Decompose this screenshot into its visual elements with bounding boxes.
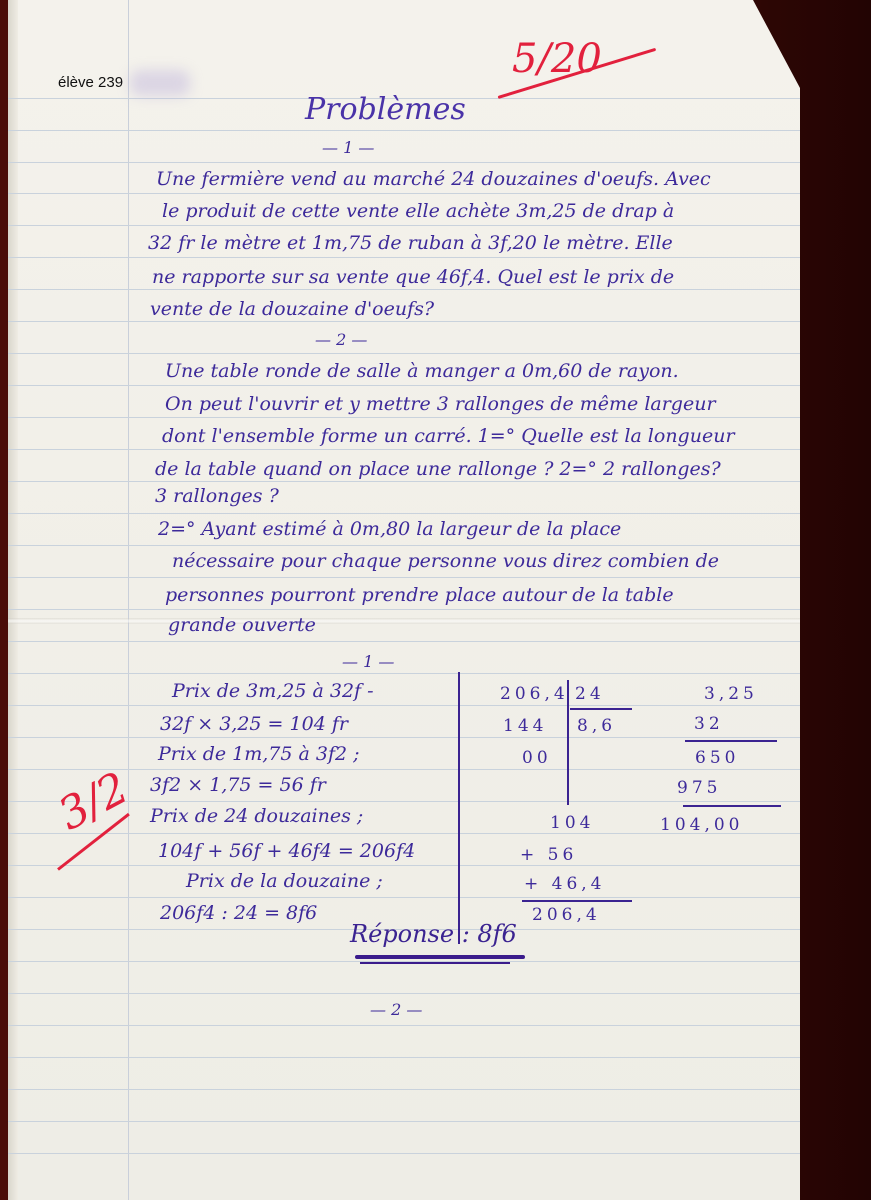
division-divisor: 24 <box>575 684 605 704</box>
problem1-line: 32 fr le mètre et 1m,75 de ruban à 3f,20… <box>148 232 673 254</box>
multiplication-b: 32 <box>694 714 724 734</box>
solution1-number: — 1 — <box>342 652 394 671</box>
addition-b: + 56 <box>520 845 577 865</box>
solution1-line: 3f2 × 1,75 = 56 fr <box>150 774 326 796</box>
problem1-number: — 1 — <box>322 138 374 157</box>
addition-line <box>522 900 632 902</box>
solution1-line: Prix de la douzaine ; <box>186 870 383 892</box>
addition-a: 104 <box>550 813 594 833</box>
division-remainder: 144 <box>503 716 547 736</box>
page-left-edge <box>8 0 18 1200</box>
solution1-line: 206f4 : 24 = 8f6 <box>160 902 317 924</box>
division-bar <box>567 680 569 805</box>
problem2-line: Une table ronde de salle à manger a 0m,6… <box>165 360 679 382</box>
addition-c: + 46,4 <box>524 874 606 894</box>
answer-text: Réponse : 8f6 <box>350 920 517 948</box>
solution2-number: — 2 — <box>370 1000 422 1019</box>
answer-underline-2 <box>360 962 510 964</box>
division-dividend: 206,4 <box>500 684 569 704</box>
problem2-number: — 2 — <box>315 330 367 349</box>
grade-top: 5/20 <box>512 36 602 82</box>
solution1-line: Prix de 3m,25 à 32f - <box>172 680 374 702</box>
problem2-line: 3 rallonges ? <box>155 485 279 507</box>
problem1-line: Une fermière vend au marché 24 douzaines… <box>156 168 711 190</box>
multiplication-line-1 <box>685 740 777 742</box>
answer-underline <box>355 955 525 959</box>
problem2-line: 2=° Ayant estimé à 0m,80 la largeur de l… <box>158 518 621 540</box>
solution1-line: 32f × 3,25 = 104 fr <box>160 713 348 735</box>
solution1-line: Prix de 1m,75 à 3f2 ; <box>158 743 360 765</box>
multiplication-result: 104,00 <box>660 815 743 835</box>
problem2-line: nécessaire pour chaque personne vous dir… <box>172 550 719 572</box>
division-quotient-line <box>570 708 632 710</box>
redacted-name <box>130 70 190 96</box>
problem1-line: vente de la douzaine d'oeufs? <box>150 298 434 320</box>
margin-line <box>128 0 129 1200</box>
multiplication-a: 3,25 <box>704 684 758 704</box>
addition-total: 206,4 <box>532 905 601 925</box>
page-fold <box>8 618 800 624</box>
problem2-line: dont l'ensemble forme un carré. 1=° Quel… <box>162 425 735 447</box>
problem1-line: ne rapporte sur sa vente que 46f,4. Quel… <box>152 266 674 288</box>
student-label: élève 239 <box>58 74 123 91</box>
page-title: Problèmes <box>305 92 466 127</box>
multiplication-partial-1: 650 <box>695 748 739 768</box>
problem2-line: de la table quand on place une rallonge … <box>155 458 721 480</box>
division-quotient: 8,6 <box>577 716 616 736</box>
multiplication-partial-2: 975 <box>677 778 721 798</box>
problem2-line: grande ouverte <box>168 614 316 636</box>
solution-column-divider <box>458 672 460 944</box>
multiplication-line-2 <box>683 805 781 807</box>
problem2-line: On peut l'ouvrir et y mettre 3 rallonges… <box>165 393 716 415</box>
division-remainder-final: 00 <box>522 748 552 768</box>
solution1-line: 104f + 56f + 46f4 = 206f4 <box>158 840 415 862</box>
problem1-line: le produit de cette vente elle achète 3m… <box>162 200 674 222</box>
problem2-line: personnes pourront prendre place autour … <box>165 584 674 606</box>
solution1-line: Prix de 24 douzaines ; <box>150 805 363 827</box>
